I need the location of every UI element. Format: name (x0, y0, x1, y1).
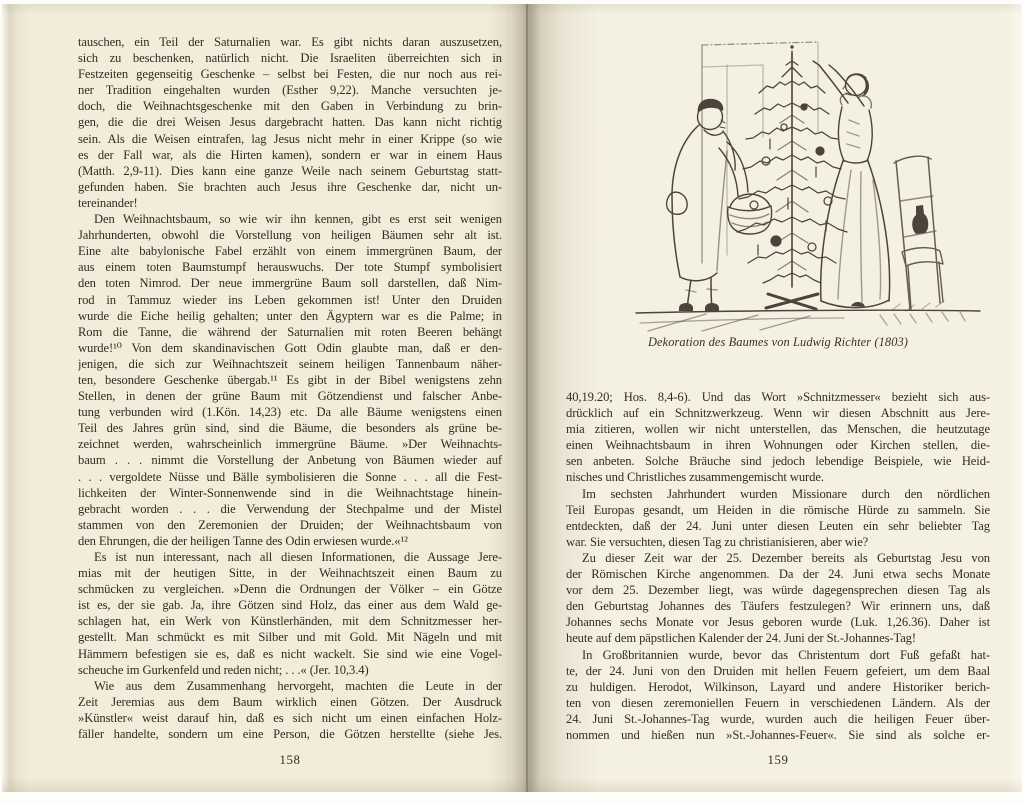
text-line: Es ist nun interessant, nach all diesen … (78, 549, 502, 565)
text-line: stammen von den Zeremonien der Druiden; … (78, 517, 502, 533)
basket (728, 206, 772, 234)
text-line: tung verbunden wird (1.Kön. 14,23) etc. … (78, 404, 502, 420)
text-line: 24. Juni St.-Johannes-Tag wurde, wurden … (566, 711, 990, 727)
text-line: te, der 24. Juni von den Druiden mit hel… (566, 663, 990, 679)
tree-stand (766, 294, 818, 309)
text-line: den toten Nimrod. Der neue immergrüne Ba… (78, 275, 502, 291)
text-line: fäller handelte, sondern um eine Person,… (78, 726, 502, 742)
text-line: »Künstler« weist darauf hin, daß es sich… (78, 710, 502, 726)
text-line: Teil des Jahres grün sind, sind die Bäum… (78, 420, 502, 436)
floor (636, 310, 980, 331)
text-line: mia zitieren, wollen wir nicht unterstel… (566, 421, 990, 437)
text-line: schmücken zu vergleichen. »Denn die Ordn… (78, 581, 502, 597)
woman-shoe (851, 302, 865, 307)
text-line: den Ehrungen, die der heiligen Tanne des… (78, 533, 502, 549)
text-line: lichkeiten der Winter-Sonnenwende sind i… (78, 485, 502, 501)
text-line: der Römischen Kirche angenommen. Da der … (566, 566, 990, 582)
text-line: gebracht worden . . . die Verwendung der… (78, 501, 502, 517)
text-line: Stellen, in denen der grüne Baum mit Göt… (78, 388, 502, 404)
engraving-svg (630, 9, 984, 333)
man-boot-left (679, 303, 693, 311)
woman-figure (813, 61, 890, 308)
text-line: Teil Europas gesandt, um Heiden in die r… (566, 502, 990, 518)
text-line: doch, die Weihnachtsgeschenke mit den Ga… (78, 98, 502, 114)
text-line: sich zu beschenken, natürlich nicht. Die… (78, 50, 502, 66)
text-line: schlagen hat, ein Werk von Künstlerhände… (78, 613, 502, 629)
text-line: drücklich auf ein Schnitzwerkzeug. Wenn … (566, 405, 990, 421)
text-line: (Matth. 2,9-11). Dies kann eine ganze We… (78, 163, 502, 179)
text-line: ist es, der sie gab. Ja, ihre Götzen sin… (78, 597, 502, 613)
text-line: vor dem 25. Dezember liegt, was würde da… (566, 582, 990, 598)
page-number-right: 159 (566, 753, 990, 768)
tree-ornaments (750, 104, 832, 255)
text-line: jenigen, die sich zur Weihnachtszeit sei… (78, 356, 502, 372)
text-line: Wie aus dem Zusammenhang hervorgeht, mac… (78, 678, 502, 694)
text-line: wurde die Eiche heilig gehalten; unter d… (78, 308, 502, 324)
bottle-on-chair (912, 205, 928, 234)
text-line: Johannes sechs Monate vor Jesus geboren … (566, 614, 990, 630)
text-line: gen, die die drei Weisen Jesus dargebrac… (78, 114, 502, 130)
text-line: scheuche im Gurkenfeld und reden nicht; … (78, 662, 502, 678)
right-text-column: 40,19.20; Hos. 8,4-6). Und das Wort »Sch… (566, 389, 990, 743)
text-line: ten, besondere Geschenke übergab.¹¹ Es g… (78, 372, 502, 388)
tree-decoration-illustration (630, 9, 984, 333)
text-line: Festzeiten gegenseitig Geschenke – selbs… (78, 66, 502, 82)
text-line: gefunden haben. Sie brachten auch Jesus … (78, 179, 502, 195)
text-line: aus einem toten Baumstumpf herauswuchs. … (78, 259, 502, 275)
text-line: rod in Tammuz wieder ins Leben gekommen … (78, 292, 502, 308)
text-line: Zu dieser Zeit war der 25. Dezember bere… (566, 550, 990, 566)
text-line: tauschen, ein Teil der Saturnalien war. … (78, 34, 502, 50)
text-line: Den Weihnachtsbaum, so wie wir ihn kenne… (78, 211, 502, 227)
text-line: sein. Als die Weisen eintrafen, lag Jesu… (78, 131, 502, 147)
text-line: es der Fall war, als die Hirten kamen), … (78, 147, 502, 163)
text-line: nisches und Christliches zusammengemisch… (566, 469, 990, 485)
text-line: ner Tradition eingehalten wurden (Esther… (78, 82, 502, 98)
text-line: Rom die Tanne, die während der Saturnali… (78, 324, 502, 340)
text-line: ten von diesen zeremoniellen Feuern in v… (566, 695, 990, 711)
text-line: heute auf dem päpstlichen Kalender der 2… (566, 630, 990, 646)
book-scan: Dekoration des Baumes von Ludwig Richter… (2, 4, 1022, 792)
text-line: den Geburtstag Johannes des Täufers fest… (566, 598, 990, 614)
text-line: zeichnet werden, wahrscheinlich immergrü… (78, 436, 502, 452)
text-line: Eine alte babylonische Fabel erzählt von… (78, 243, 502, 259)
illustration-caption: Dekoration des Baumes von Ludwig Richter… (566, 335, 990, 350)
text-line: zu huldigen. Herodot, Wilkinson, Layard … (566, 679, 990, 695)
text-line: Zeit Jeremias aus dem Baum wirklich eine… (78, 694, 502, 710)
text-line: . . . vergoldete Nüsse und Bälle symboli… (78, 469, 502, 485)
text-line: In Großbritannien wurde, bevor das Chris… (566, 647, 990, 663)
text-line: war. Sie versuchten, diesen Tag zu chris… (566, 534, 990, 550)
text-line: Im sechsten Jahrhundert wurden Missionar… (566, 486, 990, 502)
text-line: sen anbeten. Solche Bräuche sind jedoch … (566, 453, 990, 469)
text-line: einen Weihnachtsbaum in ihren Wohnungen … (566, 437, 990, 453)
text-line: wurde!¹⁰ Von dem skandinavischen Gott Od… (78, 340, 502, 356)
left-text-column: tauschen, ein Teil der Saturnalien war. … (78, 34, 502, 742)
text-line: Hämmern befestigen sie es, daß es nicht … (78, 646, 502, 662)
text-line: tereinander! (78, 195, 502, 211)
text-line: nommen und hießen nun »St.-Johannes-Feue… (566, 727, 990, 743)
text-line: baum . . . nimmt die Vorstellung der Anb… (78, 452, 502, 468)
man-boot-right (705, 303, 719, 311)
man-figure (667, 105, 772, 309)
text-line: entdeckten, daß der 24. Juni unter diese… (566, 518, 990, 534)
text-line: mias mit der heutigen Sitte, in der Weih… (78, 565, 502, 581)
page-number-left: 158 (78, 753, 502, 768)
text-line: gestellt. Man schmückt es mit Silber und… (78, 629, 502, 645)
text-line: 40,19.20; Hos. 8,4-6). Und das Wort »Sch… (566, 389, 990, 405)
text-line: Jahrhunderten, obwohl die Vorstellung vo… (78, 227, 502, 243)
christmas-tree (737, 45, 847, 309)
